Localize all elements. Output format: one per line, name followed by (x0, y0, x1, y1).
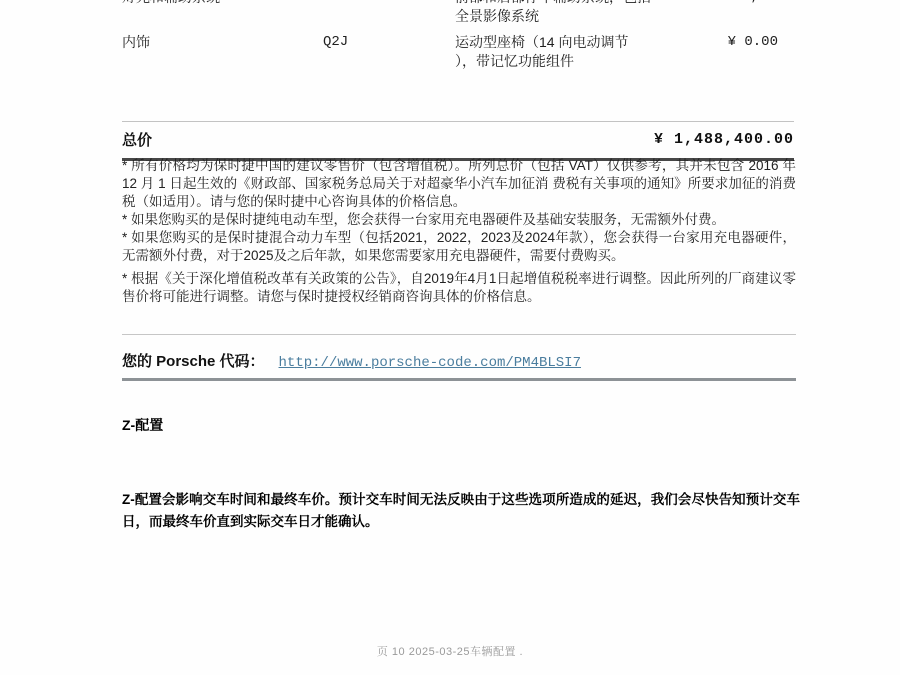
disclaimer-note: * 所有价格均为保时捷中国的建议零售价（包含增值税）。所列总价（包括 VAT）仅… (122, 157, 796, 211)
disclaimer-note: * 如果您购买的是保时捷混合动力车型（包括2021，2022，2023及2024… (122, 229, 796, 265)
table-row: 灯光和辅助系统 7X9 前部和后部停车辅助系统，包括 全景影像系统 ¥ 12,3… (122, 0, 794, 26)
option-code: Q2J (323, 33, 455, 71)
z-config-body: Z-配置会影响交车时间和最终车价。预计交车时间无法反映由于这些选项所造成的延迟，… (122, 489, 800, 533)
option-code: 7X9 (323, 0, 455, 26)
option-description-line: 前部和后部停车辅助系统，包括 (455, 0, 717, 7)
option-description: 前部和后部停车辅助系统，包括 全景影像系统 (455, 0, 717, 26)
option-description-line: 全景影像系统 (455, 7, 717, 26)
option-price: ¥ 12,300.00 (717, 0, 825, 26)
table-row: 内饰 Q2J 运动型座椅（14 向电动调节 ），带记忆功能组件 ¥ 0.00 (122, 33, 794, 71)
porsche-code-link[interactable]: http://www.porsche-code.com/PM4BLSI7 (279, 355, 581, 371)
option-category: 内饰 (122, 33, 323, 71)
vehicle-configuration-document: 灯光和辅助系统 7X9 前部和后部停车辅助系统，包括 全景影像系统 ¥ 12,3… (0, 0, 900, 675)
section-divider (122, 378, 796, 381)
option-description-line: ），带记忆功能组件 (455, 52, 717, 71)
porsche-code-label: 您的 Porsche 代码： (122, 350, 265, 371)
disclaimer-notes: * 所有价格均为保时捷中国的建议零售价（包含增值税）。所列总价（包括 VAT）仅… (122, 157, 796, 306)
option-price: ¥ 0.00 (717, 33, 794, 71)
porsche-code-section: 您的 Porsche 代码： http://www.porsche-code.c… (122, 334, 796, 371)
option-description: 运动型座椅（14 向电动调节 ），带记忆功能组件 (455, 33, 717, 71)
total-price-amount: ¥ 1,488,400.00 (654, 131, 794, 148)
option-category: 灯光和辅助系统 (122, 0, 323, 26)
disclaimer-note: * 根据《关于深化增值税改革有关政策的公告》，自2019年4月1日起增值税税率进… (122, 270, 796, 306)
page-footer: 页 10 2025-03-25车辆配置 . (0, 643, 900, 659)
total-price-band: 总价 ¥ 1,488,400.00 (122, 121, 794, 161)
total-price-label: 总价 (122, 129, 152, 150)
z-config-title: Z-配置 (122, 415, 163, 435)
disclaimer-note: * 如果您购买的是保时捷纯电动车型，您会获得一台家用充电器硬件及基础安装服务，无… (122, 211, 796, 229)
option-description-line: 运动型座椅（14 向电动调节 (455, 33, 717, 52)
options-table: 灯光和辅助系统 7X9 前部和后部停车辅助系统，包括 全景影像系统 ¥ 12,3… (122, 0, 794, 78)
